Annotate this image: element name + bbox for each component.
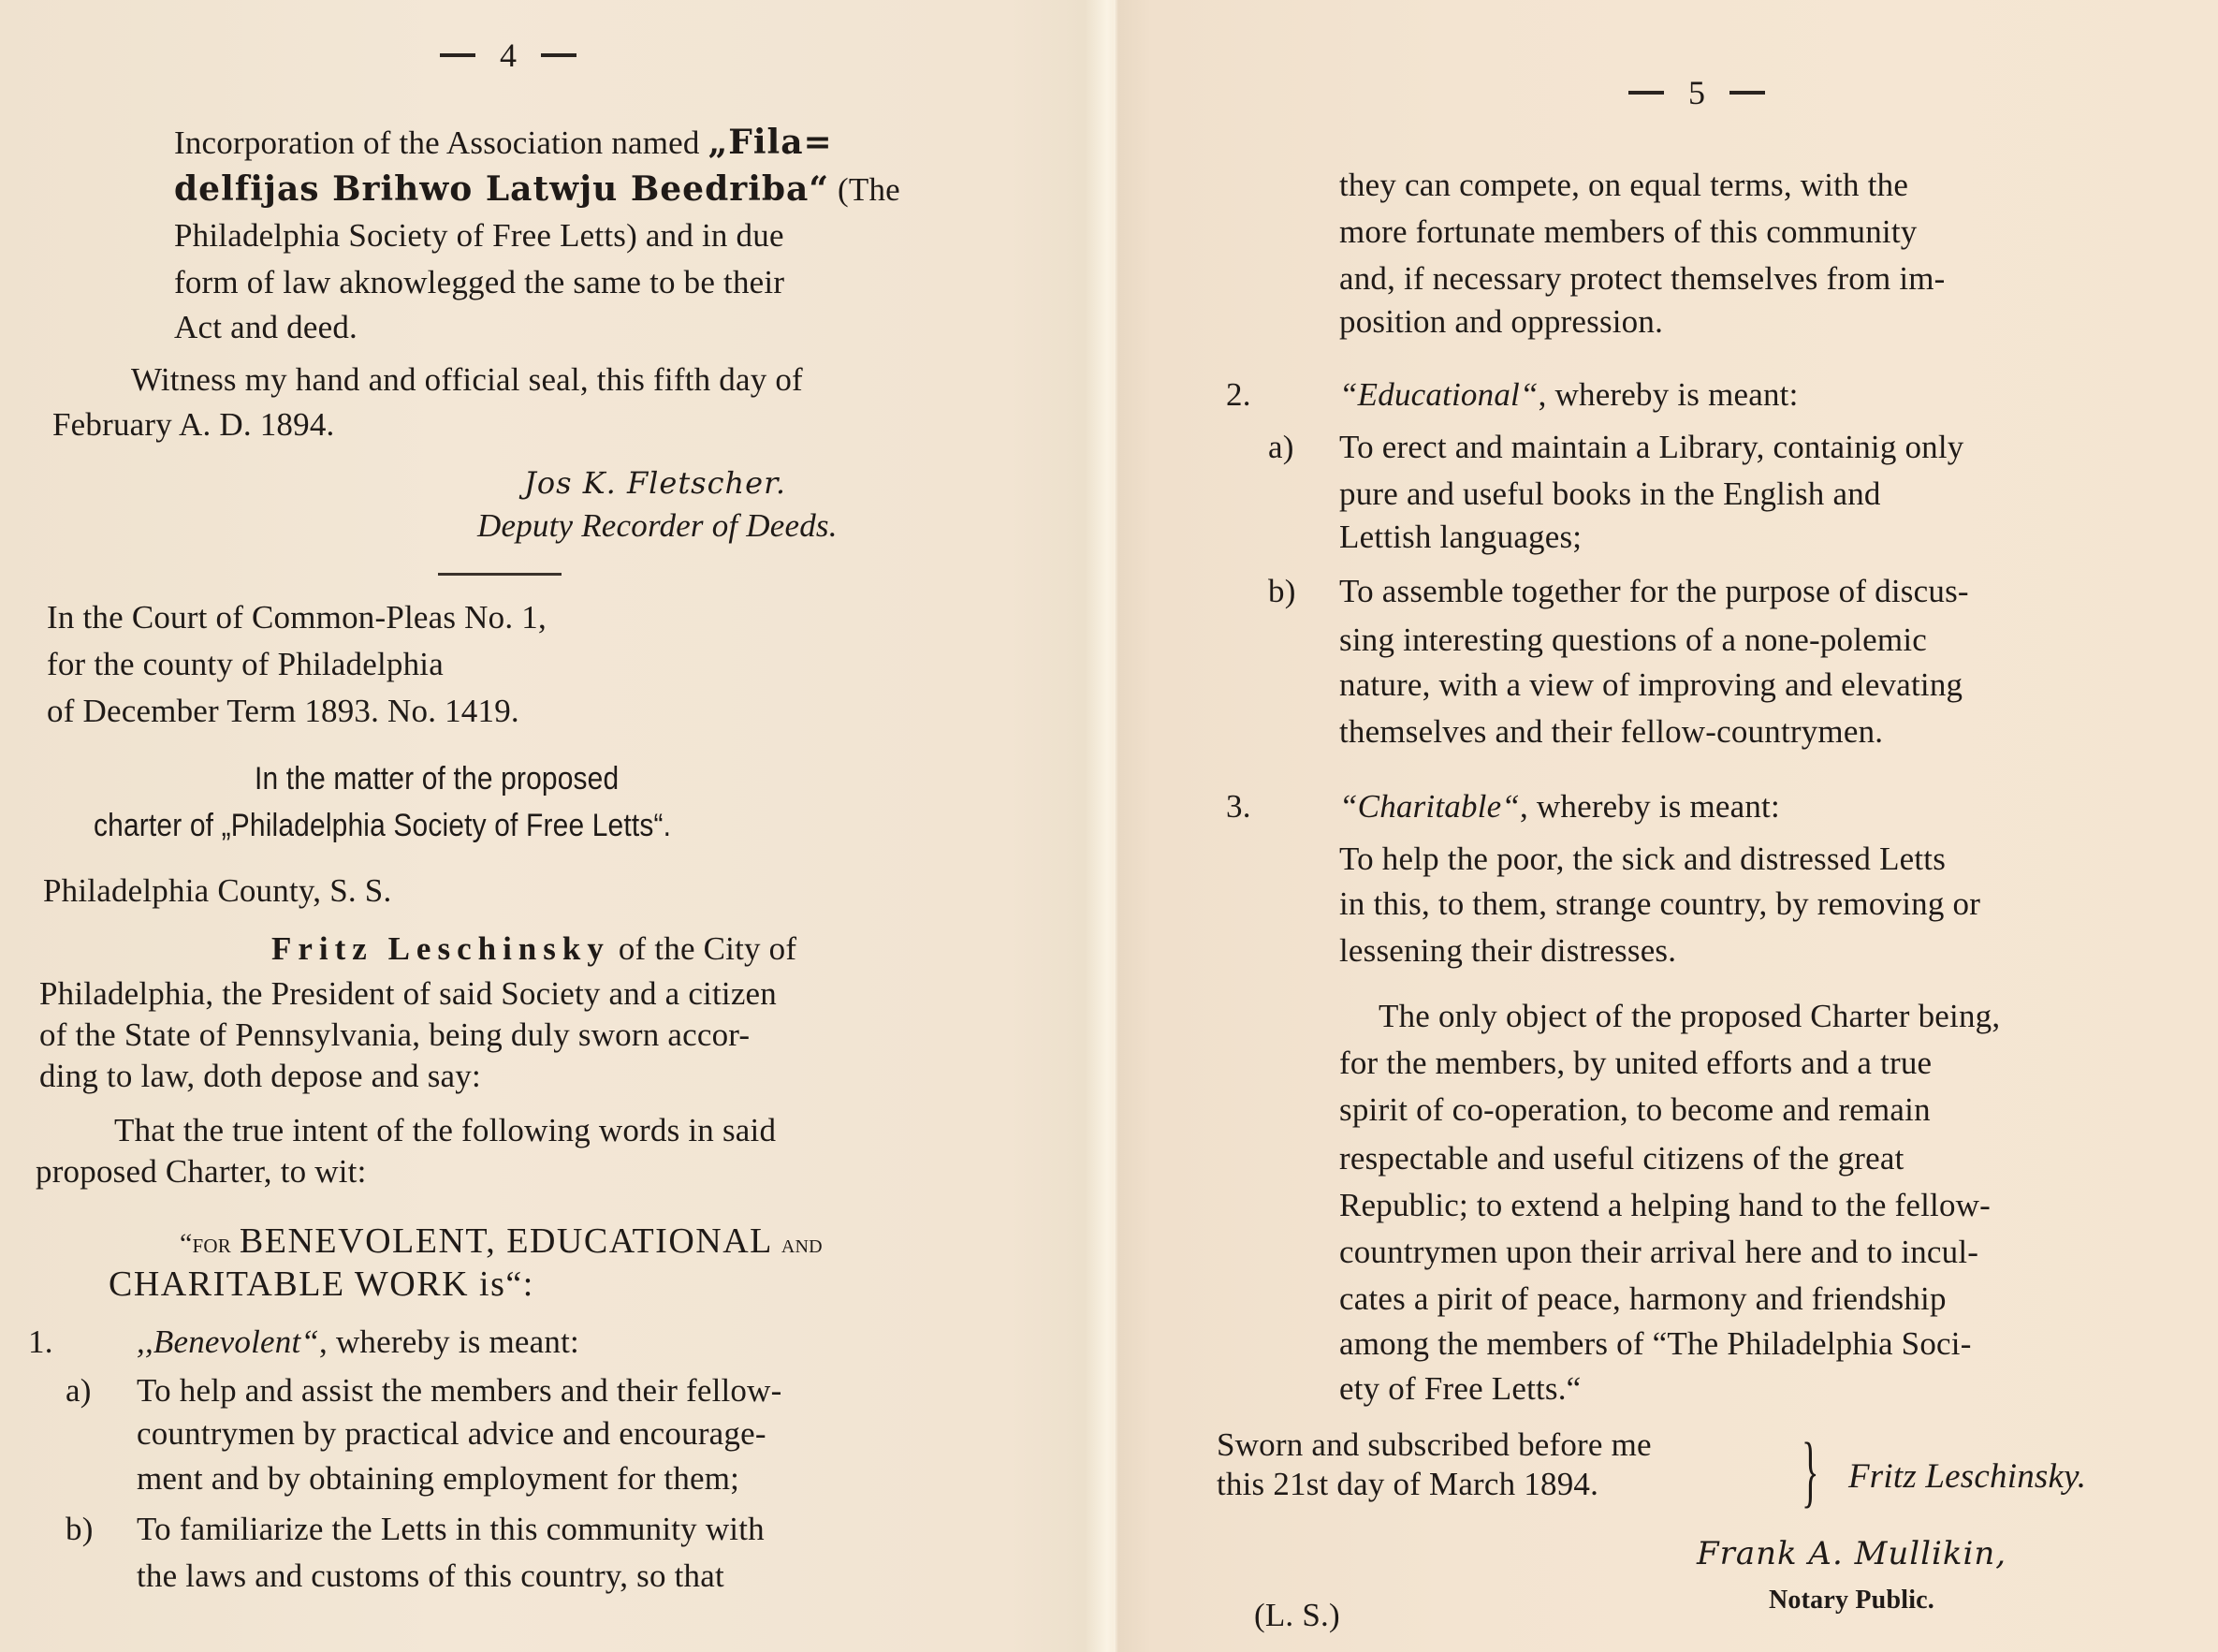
item-2a-label: a) [1268,429,1294,466]
item-2b-line: sing interesting questions of a none-pol… [1339,621,1927,659]
deponent-signature: Fritz Leschinsky. [1848,1458,2086,1496]
item-2-heading: “Educational“, whereby is meant: [1339,376,1799,414]
text: Incorporation of the Association named [174,124,700,161]
item-1b-line: the laws and customs of this country, so… [137,1557,724,1595]
incorporation-line-3: Philadelphia Society of Free Letts) and … [174,217,784,255]
latvian-society-name: „Fila= [708,123,833,162]
item-2-number: 2. [1226,376,1251,414]
item-1-number: 1. [28,1323,53,1361]
text: of the City of [619,930,796,967]
object-line: among the members of “The Philadelphia S… [1339,1325,1972,1363]
item-3-line: To help the poor, the sick and distresse… [1339,841,1946,878]
item-2b-line: nature, with a view of improving and ele… [1339,666,1963,704]
intent-line-1: That the true intent of the following wo… [114,1112,776,1149]
continuation-line: they can compete, on equal terms, with t… [1339,167,1908,204]
item-2b-line: themselves and their fellow-countrymen. [1339,713,1883,751]
affidavit-line-2: Philadelphia, the President of said Soci… [39,975,777,1013]
incorporation-line-5: Act and deed. [174,309,358,346]
recorder-signature: Jos K. Fletscher. [524,464,786,502]
deponent-name: Fritz Leschinsky [271,930,610,967]
witness-line-1: Witness my hand and official seal, this … [131,361,803,399]
page-number: 4 [500,36,517,75]
affidavit-line-4: ding to law, doth depose and say: [39,1058,481,1095]
term: “Charitable“ [1339,788,1520,825]
item-2a-line: Lettish languages; [1339,519,1582,556]
text: “for [180,1228,231,1259]
object-line: Republic; to extend a helping hand to th… [1339,1187,1991,1224]
affidavit-line-3: of the State of Pennsylvania, being duly… [39,1016,750,1054]
object-line: The only object of the proposed Charter … [1379,998,2000,1035]
page-number: 5 [1688,73,1705,112]
sworn-line-2: this 21st day of March 1894. [1217,1466,1598,1503]
item-1a-line: countrymen by practical advice and encou… [137,1415,766,1453]
object-line: for the members, by united efforts and a… [1339,1045,1932,1082]
seal-mark: (L. S.) [1254,1597,1340,1634]
notary-signature: Frank A. Mullikin, [1697,1535,2006,1572]
continuation-line: and, if necessary protect themselves fro… [1339,260,1946,298]
text: and [781,1230,823,1259]
witness-line-2: February A. D. 1894. [52,406,334,444]
curly-brace: } [1802,1430,1819,1511]
object-line: countrymen upon their arrival here and t… [1339,1234,1978,1271]
item-1a-label: a) [66,1372,92,1410]
county-heading: Philadelphia County, S. S. [43,872,391,910]
dash-ornament [1628,91,1664,95]
incorporation-line-4: form of law aknowlegged the same to be t… [174,264,784,301]
continuation-line: more fortunate members of this community [1339,213,1917,251]
dash-ornament [440,53,475,57]
item-3-heading: “Charitable“, whereby is meant: [1339,788,1780,826]
item-2a-line: To erect and maintain a Library, contain… [1339,429,1964,466]
item-1a-line: ment and by obtaining employment for the… [137,1460,739,1498]
text: (The [838,171,900,208]
item-1b-label: b) [66,1511,94,1548]
purpose-line-2: CHARITABLE WORK is“: [109,1265,534,1303]
term: ,,Benevolent“ [137,1323,319,1360]
page-5: 5 they can compete, on equal terms, with… [1118,0,2218,1652]
sworn-line-1: Sworn and subscribed before me [1217,1426,1652,1464]
item-2a-line: pure and useful books in the English and [1339,475,1881,513]
item-1b-line: To familiarize the Letts in this communi… [137,1511,765,1548]
item-2b-label: b) [1268,573,1296,610]
notary-title: Notary Public. [1769,1582,1934,1619]
text: , whereby is meant: [1520,788,1780,825]
court-line-1: In the Court of Common-Pleas No. 1, [47,599,547,636]
item-1-heading: ,,Benevolent“, whereby is meant: [137,1323,579,1361]
affidavit-line-1: Fritz Leschinsky of the City of [271,930,796,968]
section-divider [438,573,562,576]
item-1a-line: To help and assist the members and their… [137,1372,781,1410]
object-line: spirit of co-operation, to become and re… [1339,1091,1931,1129]
page-4: 4 Incorporation of the Association named… [0,0,1118,1652]
page-number-5: 5 [1628,73,1765,112]
item-3-number: 3. [1226,788,1251,826]
object-line: ety of Free Letts.“ [1339,1370,1581,1408]
text: , whereby is meant: [319,1323,579,1360]
matter-line-2: charter of „Philadelphia Society of Free… [94,807,671,844]
continuation-line: position and oppression. [1339,303,1663,341]
court-line-2: for the county of Philadelphia [47,646,444,683]
incorporation-line-1: Incorporation of the Association named „… [174,124,998,162]
page-number-4: 4 [440,36,576,75]
item-3-line: lessening their distresses. [1339,932,1676,970]
court-line-3: of December Term 1893. No. 1419. [47,693,519,730]
matter-line-1: In the matter of the proposed [255,760,619,797]
latvian-society-name: delfijas Brihwo Latwju Beedriba“ [174,169,829,209]
text: , whereby is meant: [1539,376,1799,413]
object-line: respectable and useful citizens of the g… [1339,1140,1904,1177]
purpose-line-1: “for BENEVOLENT, EDUCATIONAL and [180,1222,823,1264]
dash-ornament [541,53,576,57]
dash-ornament [1729,91,1765,95]
item-3-line: in this, to them, strange country, by re… [1339,885,1980,923]
item-2b-line: To assemble together for the purpose of … [1339,573,1969,610]
text: BENEVOLENT, EDUCATIONAL [240,1221,773,1261]
term: “Educational“ [1339,376,1539,413]
incorporation-line-2: delfijas Brihwo Latwju Beedriba“ (The [174,170,998,209]
recorder-title: Deputy Recorder of Deeds. [477,507,838,545]
object-line: cates a pirit of peace, harmony and frie… [1339,1280,1947,1318]
intent-line-2: proposed Charter, to wit: [36,1153,367,1191]
